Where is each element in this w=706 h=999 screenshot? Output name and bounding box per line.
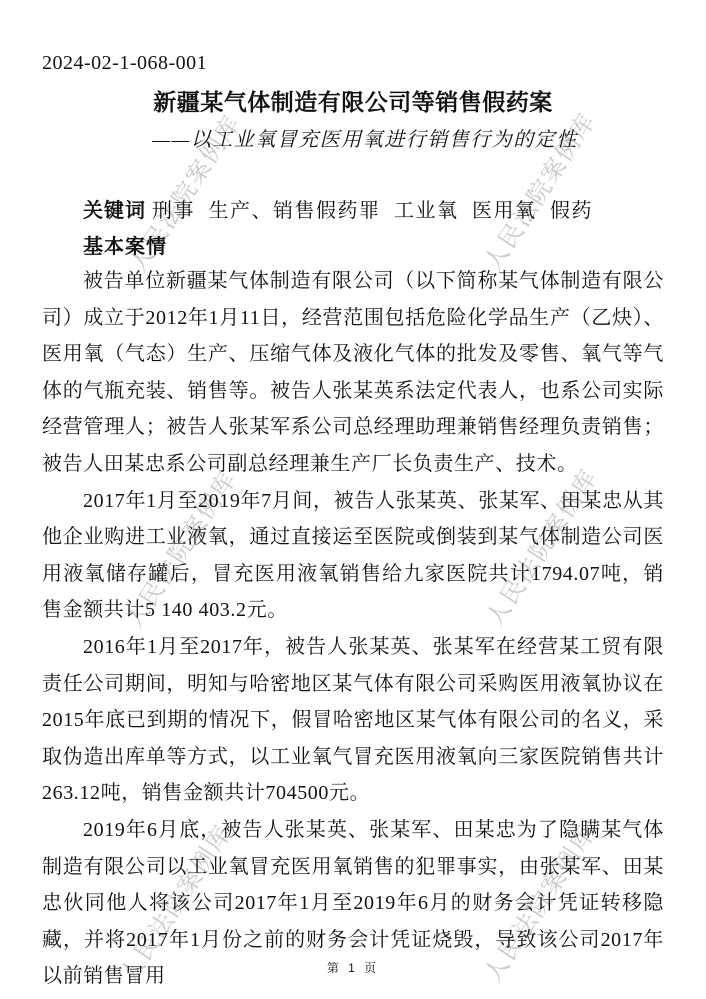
paragraphs-container: 被告单位新疆某气体制造有限公司（以下简称某气体制造有限公司）成立于2012年1月… (42, 263, 664, 995)
keywords-text: 刑事 生产、销售假药罪 工业氧 医用氧 假药 (152, 200, 593, 222)
page-footer: 第 1 页 (0, 959, 706, 976)
body-paragraph: 2017年1月至2019年7月间，被告人张某英、张某军、田某忠从其他企业购进工业… (42, 483, 664, 629)
keywords-label: 关键词 (83, 200, 146, 222)
case-number: 2024-02-1-068-001 (42, 0, 664, 75)
page-number: 第 1 页 (327, 961, 379, 975)
case-title: 新疆某气体制造有限公司等销售假药案 (42, 89, 664, 116)
document-page: { "document": { "case_number": "2024-02-… (0, 0, 706, 999)
body-paragraph: 被告单位新疆某气体制造有限公司（以下简称某气体制造有限公司）成立于2012年1月… (42, 263, 664, 483)
keywords-line: 关键词刑事 生产、销售假药罪 工业氧 医用氧 假药 (42, 198, 664, 225)
case-subtitle: ——以工业氧冒充医用氧进行销售行为的定性 (42, 127, 664, 153)
section-heading-basic-facts: 基本案情 (42, 234, 664, 261)
body-paragraph: 2016年1月至2017年，被告人张某英、张某军在经营某工贸有限责任公司期间，明… (42, 629, 664, 812)
document-content: 2024-02-1-068-001 新疆某气体制造有限公司等销售假药案 ——以工… (0, 0, 706, 995)
